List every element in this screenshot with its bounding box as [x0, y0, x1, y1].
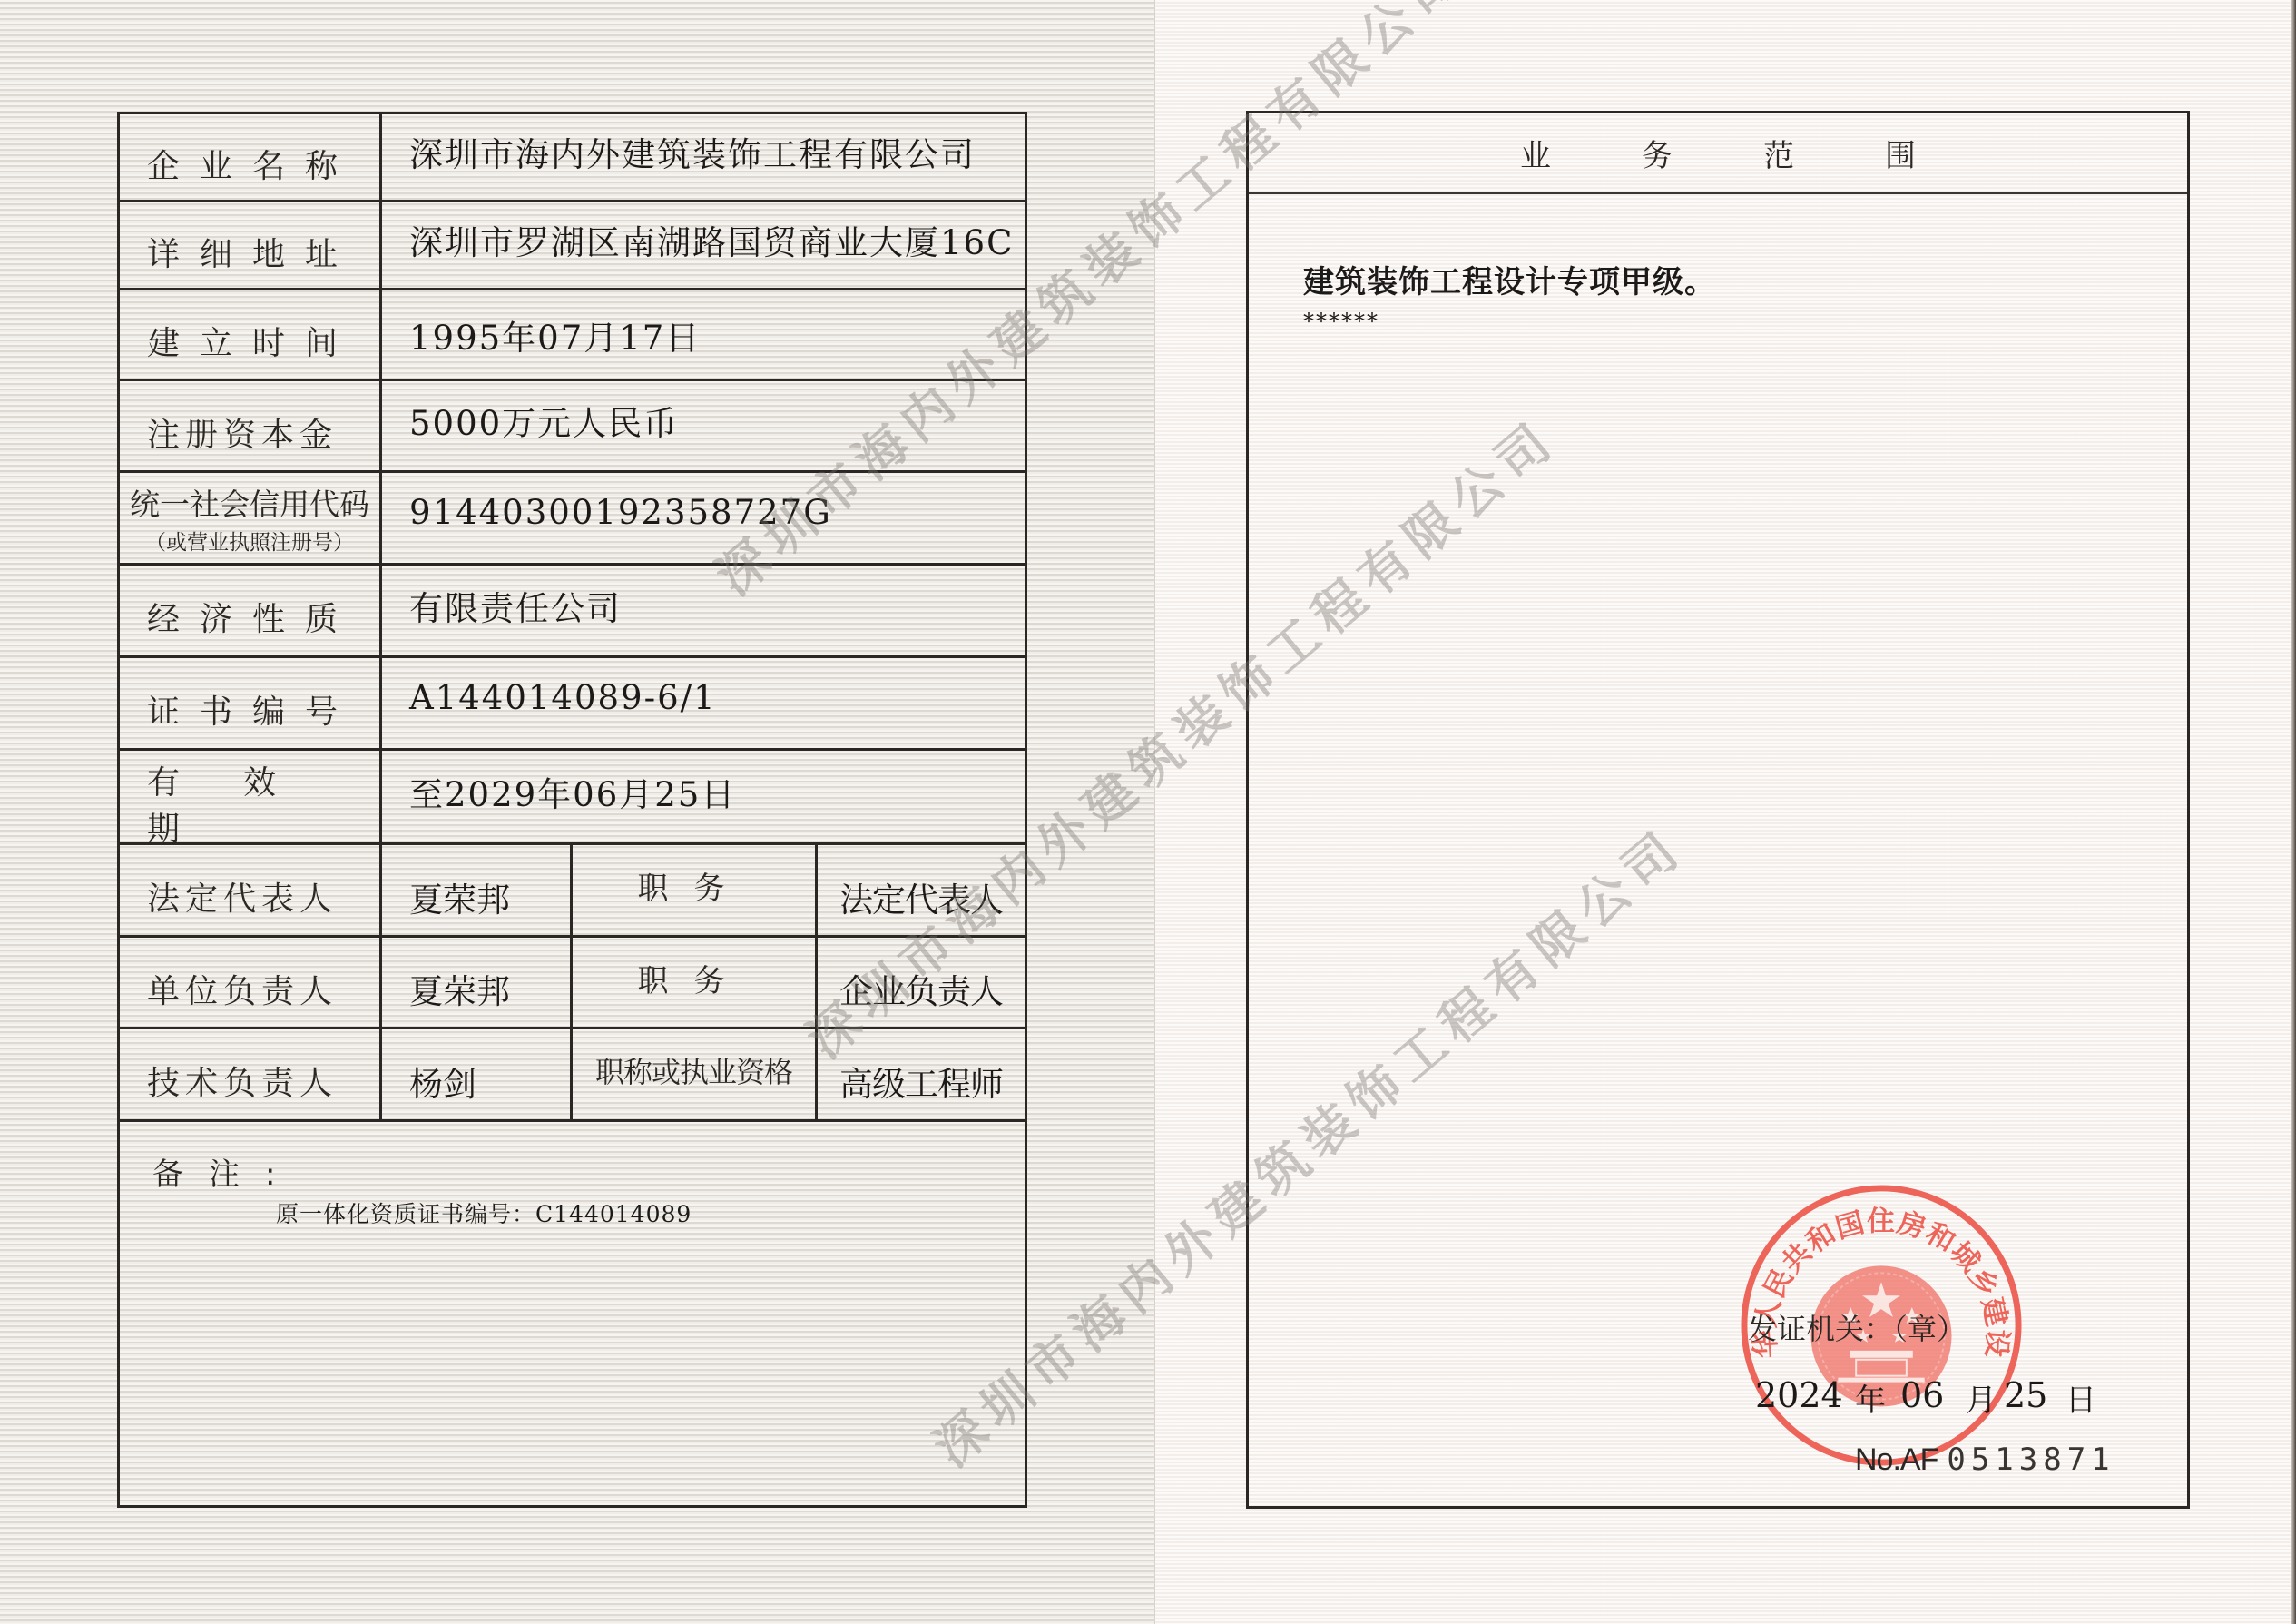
- serial-prefix: No.AF: [1855, 1442, 1938, 1478]
- label-validity: 有效期: [120, 751, 382, 842]
- value-legal-rep-title: 法定代表人: [818, 845, 1025, 935]
- label-credit-code-main: 统一社会信用代码: [130, 481, 369, 524]
- label-credit-code-sub: （或营业执照注册号）: [145, 526, 354, 556]
- value-capital: 5000万元人民币: [382, 381, 1025, 470]
- label-founded: 建立时间: [120, 290, 382, 379]
- label-unit-head: 单位负责人: [120, 938, 382, 1027]
- label-tech-head-qualification: 职称或执业资格: [573, 1029, 818, 1119]
- left-page: 企业名称 深圳市海内外建筑装饰工程有限公司 详细地址 深圳市罗湖区南湖路国贸商业…: [0, 0, 1154, 1624]
- value-legal-rep-name: 夏荣邦: [382, 845, 573, 935]
- row-company-name: 企业名称 深圳市海内外建筑装饰工程有限公司: [120, 114, 1025, 202]
- business-scope-terminator: ******: [1303, 309, 1379, 334]
- business-scope-header: 业务范围: [1249, 113, 2187, 194]
- issue-date-day: 25: [2004, 1375, 2065, 1420]
- row-legal-rep: 法定代表人 夏荣邦 职务 法定代表人: [120, 845, 1025, 938]
- issue-date-day-unit: 日: [2065, 1375, 2096, 1420]
- row-unit-head: 单位负责人 夏荣邦 职务 企业负责人: [120, 938, 1025, 1029]
- label-economic-nature: 经济性质: [120, 566, 382, 655]
- certificate-serial: No.AF 0513871: [1855, 1442, 2115, 1478]
- label-capital: 注册资本金: [120, 381, 382, 470]
- page-edge: [2291, 0, 2296, 1624]
- value-tech-head-qualification: 高级工程师: [818, 1029, 1025, 1119]
- row-credit-code: 统一社会信用代码 （或营业执照注册号） 91440300192358727G: [120, 473, 1025, 566]
- row-capital: 注册资本金 5000万元人民币: [120, 381, 1025, 473]
- label-company-name: 企业名称: [120, 114, 382, 200]
- value-unit-head-title: 企业负责人: [818, 938, 1025, 1027]
- value-unit-head-name: 夏荣邦: [382, 938, 573, 1027]
- company-info-table: 企业名称 深圳市海内外建筑装饰工程有限公司 详细地址 深圳市罗湖区南湖路国贸商业…: [117, 112, 1027, 1508]
- row-cert-number: 证书编号 A144014089-6/1: [120, 658, 1025, 751]
- business-scope-text: 建筑装饰工程设计专项甲级。: [1303, 257, 1716, 301]
- issue-date: 2024 年 06 月 25 日: [1755, 1375, 2096, 1420]
- label-tech-head: 技术负责人: [120, 1029, 382, 1119]
- value-cert-number: A144014089-6/1: [382, 658, 1025, 748]
- value-address: 深圳市罗湖区南湖路国贸商业大厦16C: [382, 202, 1025, 288]
- row-founded: 建立时间 1995年07月17日: [120, 290, 1025, 381]
- serial-number: 0513871: [1947, 1442, 2114, 1478]
- notes-section: 备注: 原一体化资质证书编号：C144014089: [120, 1122, 1025, 1505]
- issue-date-year-unit: 年: [1855, 1375, 1900, 1420]
- label-credit-code: 统一社会信用代码 （或营业执照注册号）: [120, 473, 382, 563]
- notes-text: 原一体化资质证书编号：C144014089: [276, 1196, 692, 1229]
- row-validity: 有效期 至2029年06月25日: [120, 751, 1025, 845]
- value-economic-nature: 有限责任公司: [382, 566, 1025, 655]
- label-legal-rep-title: 职务: [573, 845, 818, 935]
- issue-date-year: 2024: [1755, 1375, 1855, 1420]
- issuing-authority-label: 发证机关：（章）: [1748, 1306, 1966, 1348]
- value-company-name: 深圳市海内外建筑装饰工程有限公司: [382, 114, 1025, 200]
- label-address: 详细地址: [120, 202, 382, 288]
- value-credit-code: 91440300192358727G: [382, 473, 1025, 563]
- label-cert-number: 证书编号: [120, 658, 382, 748]
- value-validity: 至2029年06月25日: [382, 751, 1025, 842]
- value-tech-head-name: 杨剑: [382, 1029, 573, 1119]
- business-scope-frame: 业务范围 建筑装饰工程设计专项甲级。 ****** 中华人民共和国住房和城乡建设…: [1246, 111, 2190, 1509]
- notes-label: 备注:: [152, 1149, 300, 1194]
- issue-date-month: 06: [1900, 1375, 1966, 1420]
- row-address: 详细地址 深圳市罗湖区南湖路国贸商业大厦16C: [120, 202, 1025, 290]
- label-unit-head-title: 职务: [573, 938, 818, 1027]
- row-tech-head: 技术负责人 杨剑 职称或执业资格 高级工程师: [120, 1029, 1025, 1122]
- value-founded: 1995年07月17日: [382, 290, 1025, 379]
- issue-date-month-unit: 月: [1966, 1375, 2004, 1420]
- label-legal-rep: 法定代表人: [120, 845, 382, 935]
- row-economic-nature: 经济性质 有限责任公司: [120, 566, 1025, 658]
